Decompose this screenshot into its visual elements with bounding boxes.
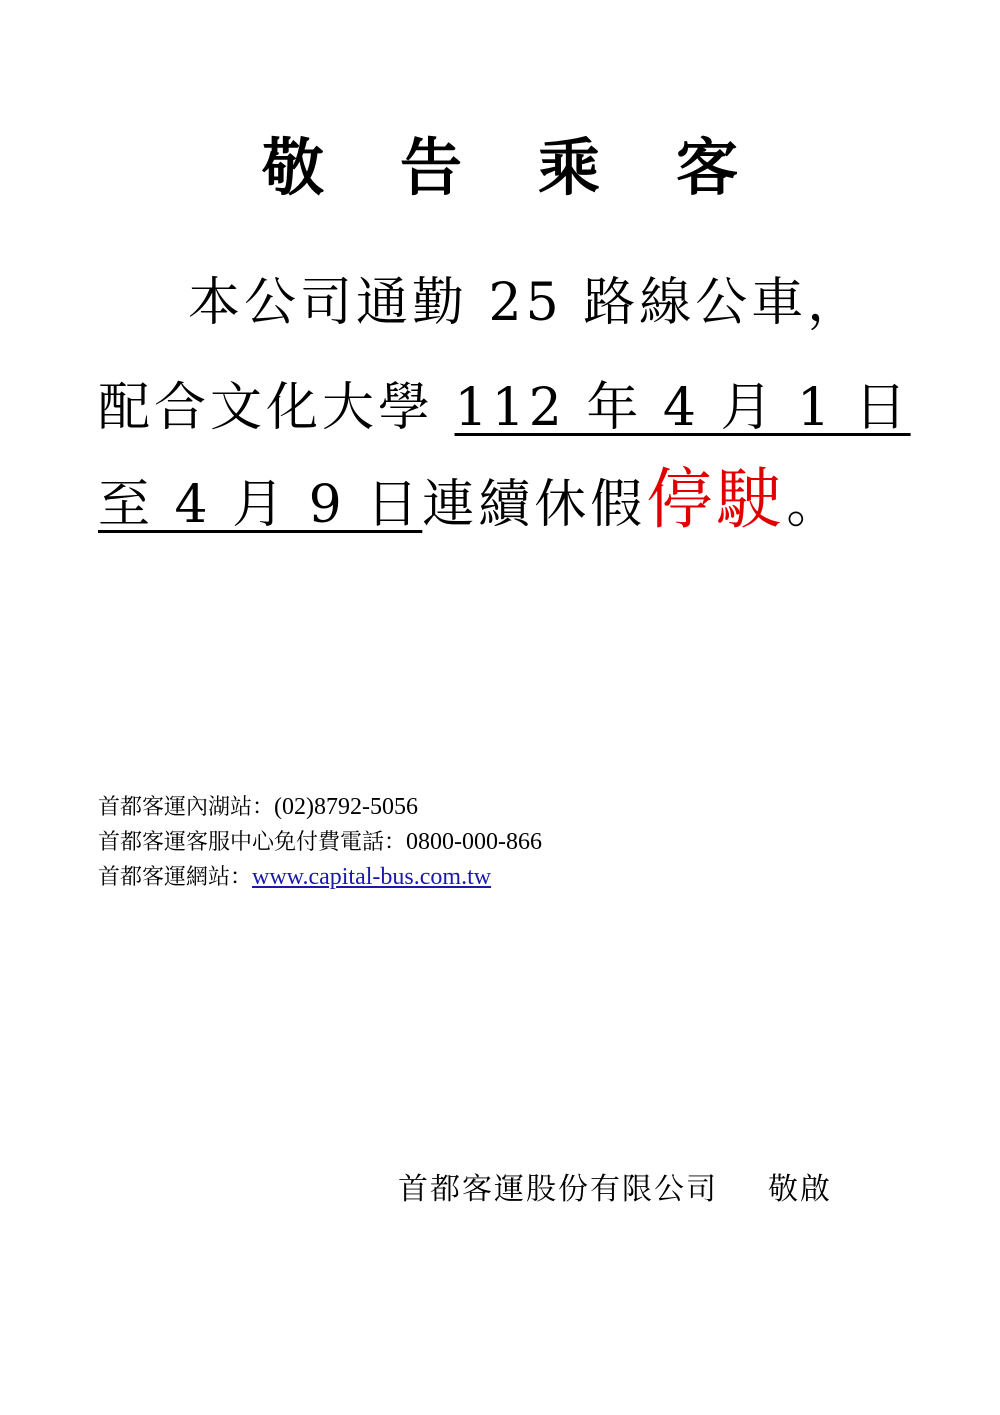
contact-label: 首都客運網站： <box>98 865 252 890</box>
holiday-text: 連續休假 <box>422 475 646 535</box>
contact-website: 首都客運網站：www.capital-bus.com.tw <box>98 860 542 895</box>
contact-neihu-station: 首都客運內湖站：(02)8792-5056 <box>98 790 542 825</box>
contact-label: 首都客運內湖站： <box>98 795 274 820</box>
signature: 首都客運股份有限公司敬啟 <box>398 1168 832 1212</box>
notice-line-3: 至 4 月 9 日連續休假停駛。 <box>98 465 842 540</box>
notice-line-1: 本公司通勤 25 路線公車， <box>188 268 863 338</box>
contact-phone: (02)8792-5056 <box>274 794 418 820</box>
contact-service-center: 首都客運客服中心免付費電話：0800-000-866 <box>98 825 542 860</box>
period-mark: 。 <box>786 475 842 535</box>
contact-tollfree: 0800-000-866 <box>406 829 542 855</box>
suspended-highlight: 停駛 <box>646 461 786 538</box>
notice-title: 敬告乘客 <box>0 128 1000 208</box>
route-statement: 本公司通勤 25 路線公車， <box>188 273 863 333</box>
end-date: 至 4 月 9 日 <box>98 475 422 535</box>
university-text: 配合文化大學 <box>98 378 455 438</box>
contact-info: 首都客運內湖站：(02)8792-5056 首都客運客服中心免付費電話：0800… <box>98 790 542 895</box>
start-date: 112 年 4 月 1 日 <box>455 378 911 438</box>
notice-line-2: 配合文化大學 112 年 4 月 1 日 <box>98 373 911 443</box>
website-link[interactable]: www.capital-bus.com.tw <box>252 864 491 890</box>
contact-label: 首都客運客服中心免付費電話： <box>98 830 406 855</box>
closing: 敬啟 <box>768 1172 832 1207</box>
company-name: 首都客運股份有限公司 <box>398 1172 718 1207</box>
